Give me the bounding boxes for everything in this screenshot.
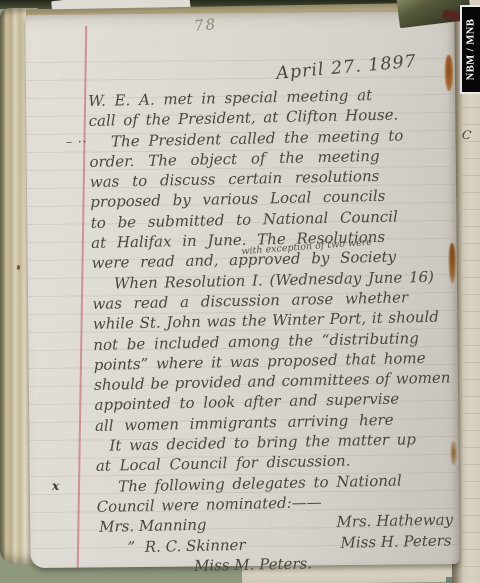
- delegate-name: Mrs. Hatheway: [336, 510, 453, 533]
- archive-label-text: NBM / MNB: [466, 19, 477, 81]
- delegate-name: Mrs. Manning: [99, 515, 207, 538]
- archive-label: NBM / MNB: [460, 5, 480, 94]
- margin-x-mark: x: [52, 479, 59, 493]
- manuscript-text: W. E. A. met in special meeting at call …: [88, 83, 462, 578]
- facing-page-ruled-lines: [462, 40, 480, 573]
- delegate-name: Miss H. Peters: [340, 530, 451, 553]
- paper-speck: [17, 265, 20, 270]
- page-number: 78: [193, 15, 218, 35]
- delegate-name: Miss M. Peters.: [194, 553, 312, 576]
- delegate-name: ” R. C. Skinner: [127, 534, 245, 557]
- photo-of-minute-book: C 78 April 27. 1897 – ·· x W. E. A. met …: [0, 0, 480, 583]
- facing-page-pencil-mark: C: [461, 127, 472, 142]
- margin-dash-mark: – ··: [66, 135, 87, 149]
